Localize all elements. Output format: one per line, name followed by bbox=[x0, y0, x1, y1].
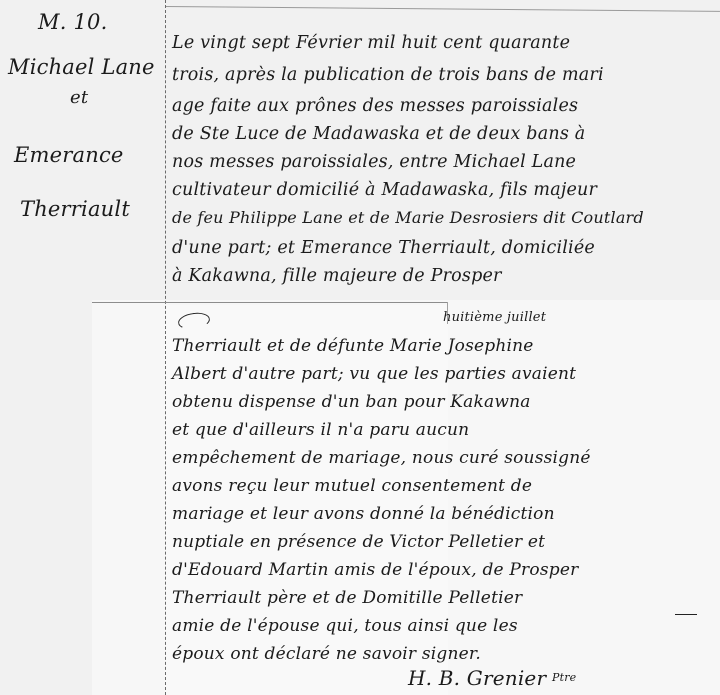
top-rule bbox=[165, 6, 720, 12]
signature-suffix: Ptre bbox=[552, 671, 576, 684]
date-insertion: huitième juillet bbox=[443, 310, 546, 325]
upper-line-9: à Kakawna, fille majeure de Prosper bbox=[172, 266, 502, 286]
lower-line-7: mariage et leur avons donné la bénédicti… bbox=[172, 504, 555, 524]
margin-rule bbox=[165, 0, 166, 695]
upper-line-2: trois, après la publication de trois ban… bbox=[172, 65, 604, 85]
sheet-edge bbox=[92, 302, 447, 303]
margin-bride-first-name: Emerance bbox=[14, 143, 124, 167]
upper-line-8: d'une part; et Emerance Therriault, domi… bbox=[172, 238, 595, 258]
lower-line-5: empêchement de mariage, nous curé soussi… bbox=[172, 448, 591, 468]
line-filler-dash bbox=[675, 614, 697, 615]
register-page: M. 10. Michael Lane et Emerance Therriau… bbox=[0, 0, 720, 695]
lower-line-4: et que d'ailleurs il n'a paru aucun bbox=[172, 420, 469, 440]
entry-number: M. 10. bbox=[38, 10, 107, 34]
lower-line-6: avons reçu leur mutuel consentement de bbox=[172, 476, 532, 496]
upper-line-6: cultivateur domicilié à Madawaska, fils … bbox=[172, 180, 597, 200]
upper-line-5: nos messes paroissiales, entre Michael L… bbox=[172, 152, 576, 172]
lower-line-2: Albert d'autre part; vu que les parties … bbox=[172, 364, 576, 384]
upper-line-3: age faite aux prônes des messes paroissi… bbox=[172, 96, 578, 116]
lower-line-11: amie de l'épouse qui, tous ainsi que les bbox=[172, 616, 518, 636]
lower-line-3: obtenu dispense d'un ban pour Kakawna bbox=[172, 392, 531, 412]
lower-line-12: époux ont déclaré ne savoir signer. bbox=[172, 644, 481, 664]
upper-line-1: Le vingt sept Février mil huit cent quar… bbox=[172, 33, 570, 53]
lower-line-1: Therriault et de défunte Marie Josephine bbox=[172, 336, 534, 356]
margin-bride-last-name: Therriault bbox=[20, 197, 130, 221]
lower-line-8: nuptiale en présence de Victor Pelletier… bbox=[172, 532, 545, 552]
lower-line-10: Therriault père et de Domitille Pelletie… bbox=[172, 588, 522, 608]
margin-groom-name: Michael Lane bbox=[8, 55, 155, 79]
margin-conjunction: et bbox=[70, 87, 88, 108]
upper-line-4: de Ste Luce de Madawaska et de deux bans… bbox=[172, 124, 585, 144]
priest-signature: H. B. Grenier bbox=[408, 666, 546, 690]
lower-line-9: d'Edouard Martin amis de l'époux, de Pro… bbox=[172, 560, 578, 580]
upper-line-7: de feu Philippe Lane et de Marie Desrosi… bbox=[172, 208, 644, 227]
